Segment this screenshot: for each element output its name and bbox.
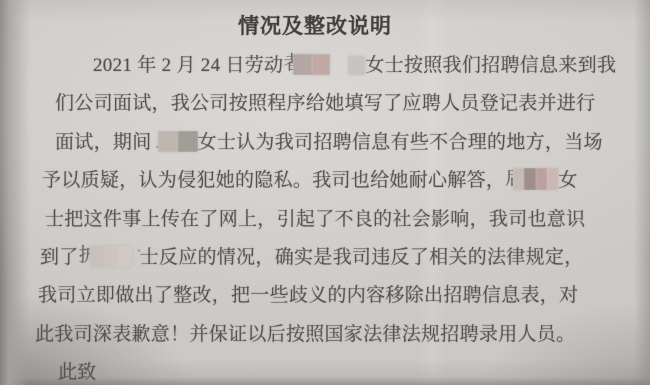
mosaic-cell: [118, 246, 132, 267]
mosaic-cell: [524, 168, 535, 190]
mosaic-cell: [547, 168, 558, 190]
partial-character: 后: [505, 167, 513, 191]
text-run: 予以质疑，认为侵犯她的隐私。我司也给她耐心解答，: [42, 170, 505, 191]
document-line: 面试，期间丿女士认为我司招聘信息有些不合理的地方，当场: [55, 124, 650, 162]
document-content: 情况及整改说明 2021 年 2 月 24 日劳动者女士按照我们招聘信息来到我们…: [0, 0, 650, 385]
mosaic-cell: [513, 168, 524, 190]
text-run: 此我司深表歉意！并保证以后按照国家法律法规招聘录用人员。: [35, 324, 575, 345]
document-line: 士把这件事上传在了网上，引起了不良的社会影响，我司也意识: [45, 201, 650, 239]
redaction-mosaic: [293, 54, 330, 75]
text-run: 2021 年 2 月 24 日劳动: [93, 55, 283, 76]
document-line: 们公司面试，我公司按照程序给她填写了应聘人员登记表并进行: [55, 85, 650, 123]
mosaic-cell: [348, 56, 365, 75]
redaction-mosaic: [348, 56, 365, 75]
document-line: 我司立即做出了整改，把一些歧义的内容移除出招聘信息表，对: [38, 277, 650, 315]
redaction-mosaic: [513, 168, 558, 190]
document-body: 2021 年 2 月 24 日劳动者女士按照我们招聘信息来到我们公司面试，我公司…: [0, 47, 650, 385]
partial-character: 护: [79, 244, 90, 268]
document-line: 此致: [58, 354, 650, 385]
partial-character: 丶: [132, 244, 140, 268]
redaction-mosaic: [90, 246, 132, 267]
text-run: 们公司面试，我公司按照程序给她填写了应聘人员登记表并进行: [55, 93, 595, 114]
text-run: 面试，期间: [55, 132, 152, 153]
document-title: 情况及整改说明: [0, 10, 640, 40]
document-line: 2021 年 2 月 24 日劳动者女士按照我们招聘信息来到我: [93, 47, 650, 85]
text-run: 到了: [40, 247, 79, 268]
mosaic-cell: [158, 131, 178, 152]
text-run: 女士认为我司招聘信息有些不合理的地方，当场: [198, 132, 603, 153]
document-line: 此我司深表歉意！并保证以后按照国家法律法规招聘录用人员。: [35, 316, 650, 354]
text-run: 此致: [58, 362, 97, 383]
redaction-mosaic: [158, 131, 198, 152]
partial-character: 者: [283, 52, 293, 76]
mosaic-cell: [312, 54, 331, 75]
text-run: 我司立即做出了整改，把一些歧义的内容移除出招聘信息表，对: [38, 285, 578, 306]
document-photo: 情况及整改说明 2021 年 2 月 24 日劳动者女士按照我们招聘信息来到我们…: [0, 0, 650, 385]
text-run: 女: [558, 170, 577, 191]
text-run: 女士按照我们招聘信息来到我: [365, 55, 616, 76]
document-line: 到了护丶士反应的情况，确实是我司违反了相关的法律规定，: [40, 239, 650, 277]
text-run: 士把这件事上传在了网上，引起了不良的社会影响，我司也意识: [45, 209, 585, 230]
mosaic-cell: [178, 131, 198, 152]
mosaic-cell: [293, 54, 312, 75]
mosaic-cell: [90, 246, 104, 267]
text-run: 士反应的情况，确实是我司违反了相关的法律规定，: [140, 247, 584, 268]
mosaic-cell: [104, 246, 118, 267]
document-line: 予以质疑，认为侵犯她的隐私。我司也给她耐心解答，后女: [42, 162, 650, 200]
mosaic-cell: [536, 168, 547, 190]
